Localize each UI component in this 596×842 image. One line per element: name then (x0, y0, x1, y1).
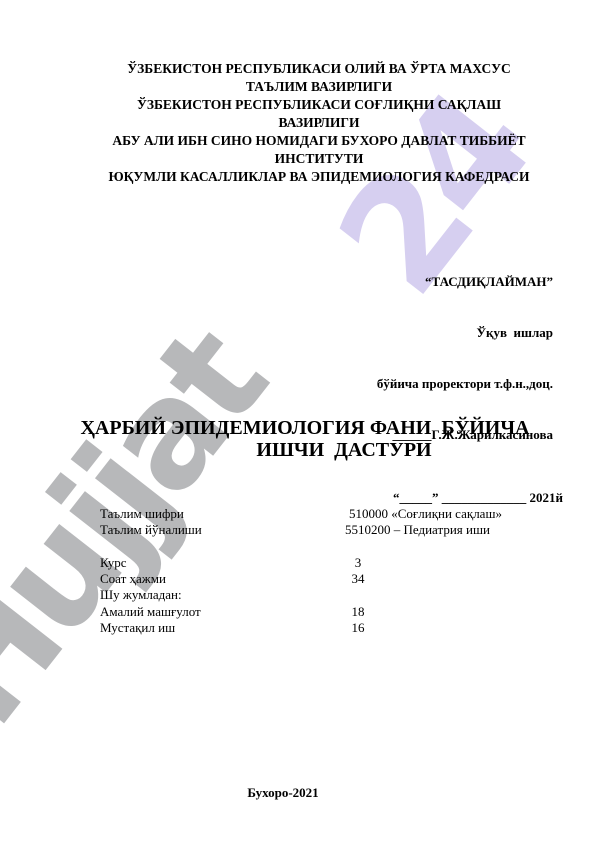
title-line-1: ҲАРБИЙ ЭПИДЕМИОЛОГИЯ ФАНИ БЎЙИЧА (7, 417, 596, 439)
detail-row: Соат ҳажми 34 (100, 571, 556, 587)
header-line: ЮҚУМЛИ КАСАЛЛИКЛАР ВА ЭПИДЕМИОЛОГИЯ КАФЕ… (85, 168, 553, 186)
detail-label: Амалий машғулот (100, 604, 345, 620)
page-content: ЎЗБЕКИСТОН РЕСПУБЛИКАСИ ОЛИЙ ВА ЎРТА МАХ… (0, 0, 596, 842)
header-line: ВАЗИРЛИГИ (85, 114, 553, 132)
detail-row: Таълим шифри 510000 «Соғлиқни сақлаш» (100, 506, 556, 522)
detail-value: 5510200 – Педиатрия иши (345, 522, 490, 538)
ministry-header: ЎЗБЕКИСТОН РЕСПУБЛИКАСИ ОЛИЙ ВА ЎРТА МАХ… (85, 60, 553, 186)
document-page: 24 Hujjat ЎЗБЕКИСТОН РЕСПУБЛИКАСИ ОЛИЙ В… (0, 0, 596, 842)
detail-value: 3 (345, 555, 371, 571)
detail-row: Амалий машғулот 18 (100, 604, 556, 620)
approval-block: “ТАСДИҚЛАЙМАН” Ўқув ишлар бўйича прорект… (377, 239, 553, 540)
detail-value: 18 (345, 604, 371, 620)
header-line: ТАЪЛИМ ВАЗИРЛИГИ (85, 78, 553, 96)
detail-label (100, 539, 345, 555)
header-line: ЎЗБЕКИСТОН РЕСПУБЛИКАСИ СОҒЛИҚНИ САҚЛАШ (85, 96, 553, 114)
header-line: ИНСТИТУТИ (85, 150, 553, 168)
approval-role-line: Ўқув ишлар (377, 324, 553, 341)
detail-row: Шу жумладан: (100, 587, 556, 603)
detail-label: Таълим шифри (100, 506, 345, 522)
detail-row: Таълим йўналиши 5510200 – Педиатрия иши (100, 522, 556, 538)
footer-city-year: Бухоро-2021 (0, 785, 581, 801)
header-line: ЎЗБЕКИСТОН РЕСПУБЛИКАСИ ОЛИЙ ВА ЎРТА МАХ… (85, 60, 553, 78)
title-line-2: ИШЧИ ДАСТУРИ (46, 439, 596, 461)
detail-value: 34 (345, 571, 371, 587)
detail-label: Курс (100, 555, 345, 571)
document-title: ҲАРБИЙ ЭПИДЕМИОЛОГИЯ ФАНИ БЎЙИЧА ИШЧИ ДА… (0, 417, 596, 461)
detail-value: 510000 «Соғлиқни сақлаш» (345, 506, 502, 522)
detail-label: Соат ҳажми (100, 571, 345, 587)
detail-label: Шу жумладан: (100, 587, 345, 603)
detail-row-spacer (100, 539, 556, 555)
approval-role-line: бўйича проректори т.ф.н.,доц. (377, 375, 553, 392)
detail-label: Мустақил иш (100, 620, 345, 636)
detail-row: Курс 3 (100, 555, 556, 571)
approval-date-line: “_____” _____________ 2021й (377, 489, 563, 506)
header-line: АБУ АЛИ ИБН СИНО НОМИДАГИ БУХОРО ДАВЛАТ … (85, 132, 553, 150)
approval-title: “ТАСДИҚЛАЙМАН” (377, 273, 553, 290)
course-details: Таълим шифри 510000 «Соғлиқни сақлаш» Та… (100, 506, 556, 636)
detail-value: 16 (345, 620, 371, 636)
detail-row: Мустақил иш 16 (100, 620, 556, 636)
detail-label: Таълим йўналиши (100, 522, 345, 538)
